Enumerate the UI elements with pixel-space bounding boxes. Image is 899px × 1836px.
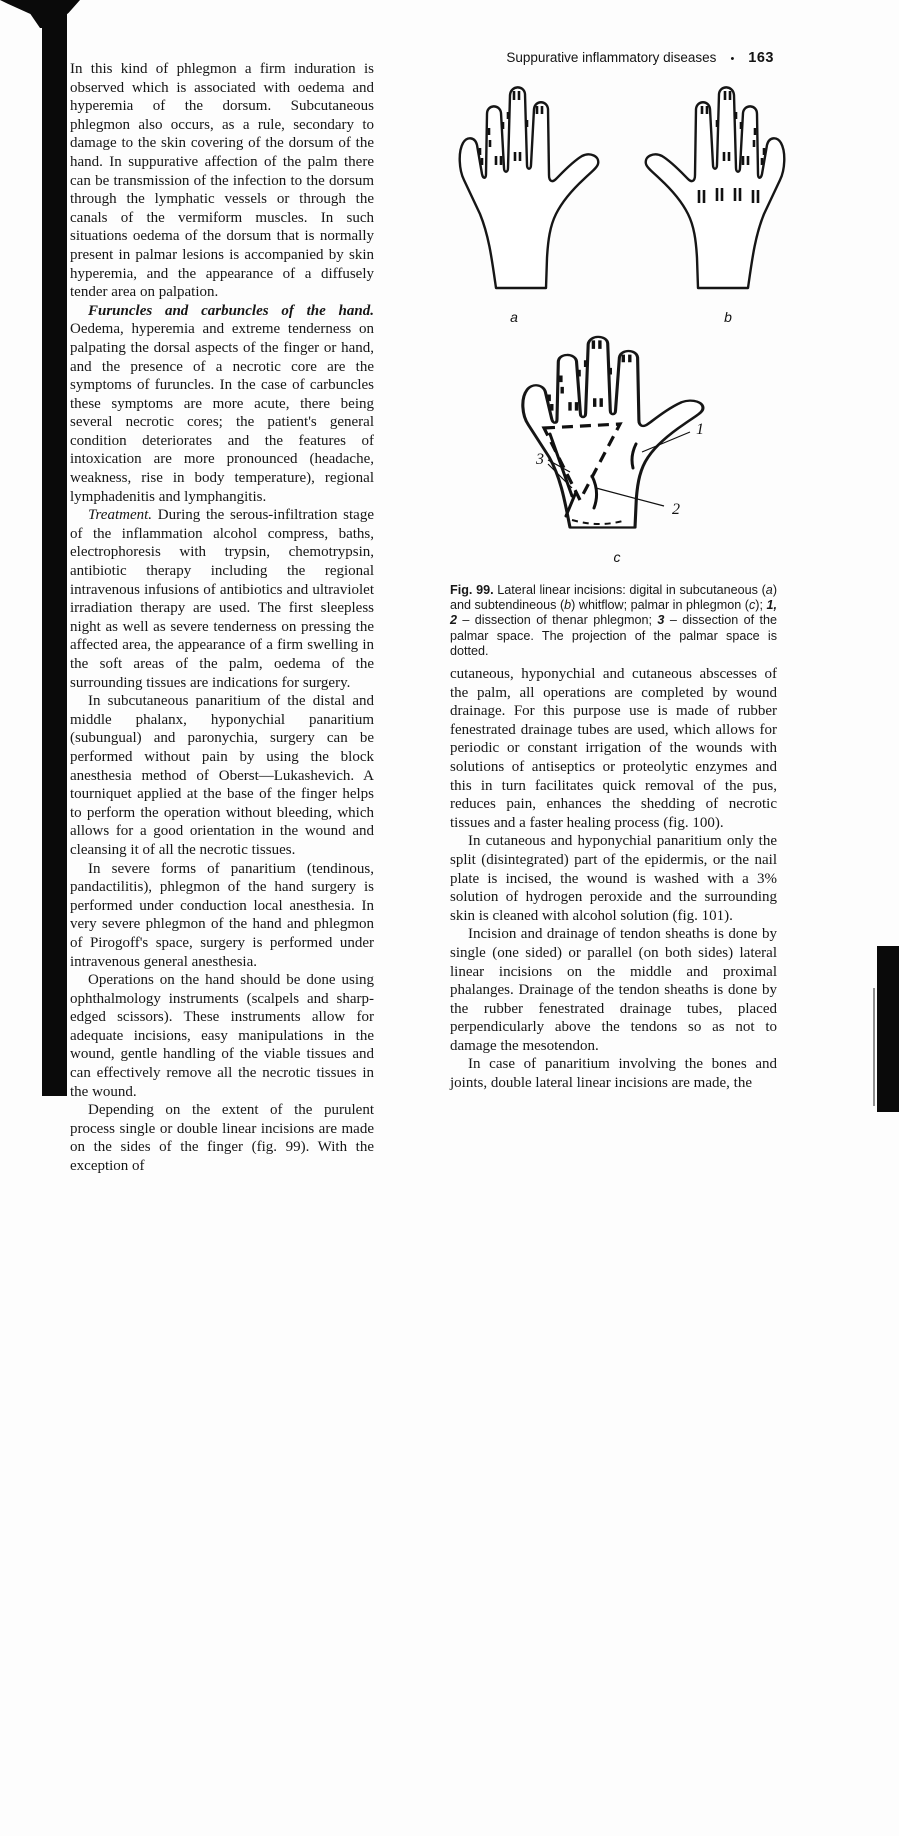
paragraph: cutaneous, hyponychial and cutaneous abs… [450, 665, 777, 832]
scan-edge-bar [877, 946, 899, 1112]
figure-annotation-3: 3 [535, 451, 544, 468]
paragraph: Treatment. During the serous-infiltratio… [70, 506, 374, 692]
paragraph: In cutaneous and hyponychial panaritium … [450, 832, 777, 925]
caption-fig-label: Fig. 99. [450, 583, 497, 597]
paragraph: Operations on the hand should be done us… [70, 971, 374, 1101]
paragraph-text: Operations on the hand should be done us… [70, 972, 374, 1100]
caption-text: ); [755, 598, 766, 612]
hand-b-drawing [646, 87, 785, 288]
paragraph-text: cutaneous, hyponychial and cutaneous abs… [450, 666, 777, 831]
scan-gutter-flare [0, 0, 80, 28]
paragraph: In severe forms of panaritium (tendinous… [70, 860, 374, 972]
caption-text: – dissection of thenar phlegmon; [457, 613, 657, 627]
caption-italic-a: a [766, 583, 773, 597]
scan-gutter-bar [42, 0, 67, 1096]
scanned-book-page: Suppurative inflammatory diseases • 163 … [0, 0, 899, 1836]
figure-label-a: a [510, 309, 518, 325]
paragraph-text: In severe forms of panaritium (tendinous… [70, 861, 374, 970]
paragraph: Incision and drainage of tendon sheaths … [450, 925, 777, 1055]
right-column: cutaneous, hyponychial and cutaneous abs… [450, 665, 777, 1093]
paragraph: In this kind of phlegmon a firm indurati… [70, 60, 374, 302]
fig-99-illustration: a b 1 2 3 c [452, 72, 792, 564]
header-bullet: • [730, 53, 734, 65]
figure-annotation-2: 2 [672, 501, 680, 518]
paragraph-text: Depending on the extent of the purulent … [70, 1102, 374, 1174]
page-header: Suppurative inflammatory diseases • 163 [450, 50, 774, 66]
page-number: 163 [748, 50, 774, 66]
paragraph-lead: Furuncles and carbuncles of the hand. [88, 303, 374, 319]
paragraph: Furuncles and carbuncles of the hand. Oe… [70, 302, 374, 507]
paragraph: In case of panaritium involving the bone… [450, 1055, 777, 1092]
left-column: In this kind of phlegmon a firm indurati… [70, 60, 374, 1176]
caption-text: Lateral linear incisions: digital in sub… [497, 583, 766, 597]
running-title: Suppurative inflammatory diseases [506, 50, 716, 65]
paragraph-text: During the serous-infiltration stage of … [70, 507, 374, 690]
figure-label-b: b [724, 309, 732, 325]
paragraph-text: In subcutaneous panaritium of the distal… [70, 693, 374, 858]
paragraph-lead: Treatment. [88, 507, 152, 523]
paragraph-text: In case of panaritium involving the bone… [450, 1056, 777, 1091]
figure-caption: Fig. 99. Lateral linear incisions: digit… [450, 583, 777, 659]
paragraph: In subcutaneous panaritium of the distal… [70, 692, 374, 859]
paragraph-text: Oedema, hyperemia and extreme tenderness… [70, 321, 374, 504]
scan-edge-line [873, 988, 875, 1106]
hand-a-drawing [460, 87, 599, 288]
figure-annotation-1: 1 [696, 421, 704, 438]
paragraph-text: Incision and drainage of tendon sheaths … [450, 926, 777, 1054]
figure-99: a b 1 2 3 c [452, 72, 792, 569]
hand-c-drawing [523, 337, 703, 528]
paragraph-text: In this kind of phlegmon a firm indurati… [70, 61, 374, 300]
caption-text: ) whitflow; palmar in phlegmon ( [571, 598, 749, 612]
figure-label-c: c [614, 549, 621, 564]
paragraph-text: In cutaneous and hyponychial panaritium … [450, 833, 777, 923]
paragraph: Depending on the extent of the purulent … [70, 1101, 374, 1175]
